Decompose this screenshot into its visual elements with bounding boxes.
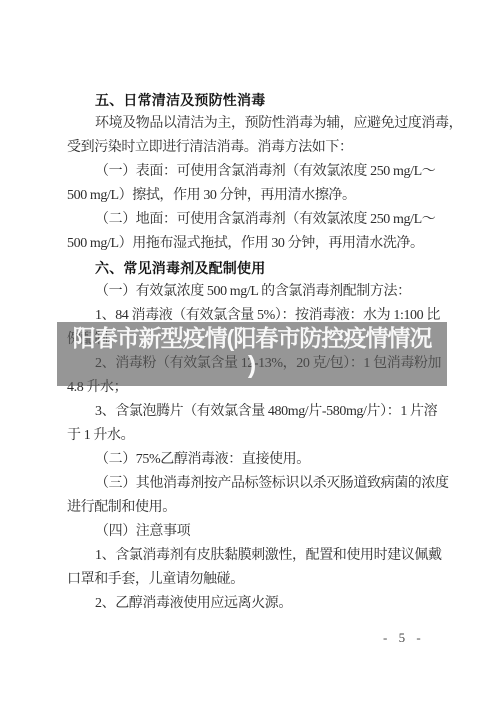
banner-title: 阳春市新型疫情(阳春市防控疫情情况 <box>57 323 447 353</box>
text-line: 3、含氯泡腾片（有效氯含量 480mg/片-580mg/片）：1 片溶 <box>67 400 453 424</box>
text-line: （四）注意事项 <box>67 520 453 544</box>
text-line: 进行配制和使用。 <box>67 496 453 520</box>
overlay-banner: 阳春市新型疫情(阳春市防控疫情情况 ) <box>57 322 447 386</box>
text-line: （一）有效氯浓度 500 mg/L 的含氯消毒剂配制方法： <box>67 280 453 304</box>
heading-daily-cleaning: 五、日常清洁及预防性消毒 <box>67 88 453 112</box>
text-line: （二）75%乙醇消毒液：直接使用。 <box>67 448 453 472</box>
banner-title-paren: ) <box>57 351 447 379</box>
text-line: 1、含氯消毒剂有皮肤黏膜刺激性，配置和使用时建议佩戴 <box>67 544 453 568</box>
text-line: 500 mg/L）用拖布湿式拖拭，作用 30 分钟，再用清水洗净。 <box>67 232 453 256</box>
text-line: （二）地面：可使用含氯消毒剂（有效氯浓度 250 mg/L～ <box>67 208 453 232</box>
document-page: 五、日常清洁及预防性消毒 环境及物品以清洁为主，预防性消毒为辅，应避免过度消毒，… <box>0 0 500 707</box>
text-line: 于 1 升水。 <box>67 424 453 448</box>
text-line: 受到污染时立即进行清洁消毒。消毒方法如下： <box>67 136 453 160</box>
text-line: （一）表面：可使用含氯消毒剂（有效氯浓度 250 mg/L～ <box>67 160 453 184</box>
text-line: 500 mg/L）擦拭，作用 30 分钟，再用清水擦净。 <box>67 184 453 208</box>
heading-common-disinfectants: 六、常见消毒剂及配制使用 <box>67 256 453 280</box>
text-line: （三）其他消毒剂按产品标签标识以杀灭肠道致病菌的浓度 <box>67 472 453 496</box>
page-number: - 5 - <box>383 630 425 646</box>
text-line: 口罩和手套，儿童请勿触碰。 <box>67 568 453 592</box>
text-line: 环境及物品以清洁为主，预防性消毒为辅，应避免过度消毒， <box>67 112 453 136</box>
text-line: 2、乙醇消毒液使用应远离火源。 <box>67 592 453 616</box>
